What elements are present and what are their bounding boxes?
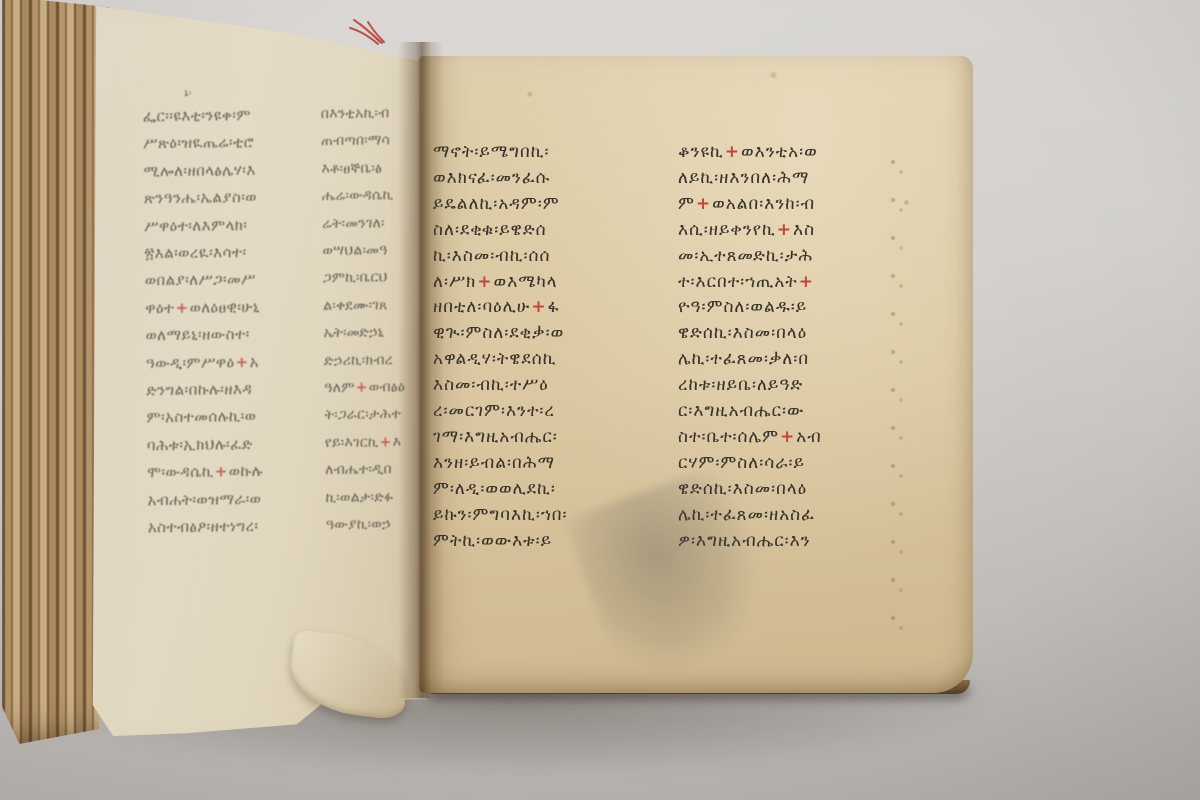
text-line: ባሕቱ፡ኢክህሉ፡ፈድ xyxy=(147,430,323,460)
text-line: አዋልዲሃ፡ትዌደሰኪ xyxy=(433,347,664,373)
text-line: ድንግል፡በኩሉ፡ዘእዳ xyxy=(146,375,322,405)
rubric-cross-icon: + xyxy=(380,434,392,450)
text-line: ም+ወአልበ፡እንከ፡ብ xyxy=(678,192,894,218)
text-line: ል፡ቀደሙ፡ገጸ xyxy=(323,292,423,321)
interlinear-note: ኔ፡ xyxy=(185,89,193,99)
text-line: ወለማይኒ፡ዘውስተ፡ xyxy=(145,320,321,350)
text-line: ለብሔተ፡ዲበ xyxy=(325,456,425,485)
text-line: ኤት፡መድኃኒ xyxy=(323,319,423,348)
text-line: መ፡ኢተጸመድኪ፡ታሕ xyxy=(678,244,894,270)
rubric-cross-icon: + xyxy=(725,142,740,162)
text-line: ኪ፡ወልታ፡ድፉ xyxy=(325,484,425,513)
rubric-cross-icon: + xyxy=(777,220,792,240)
rubric-cross-icon: + xyxy=(175,299,188,317)
text-line: ስተ፡ቤተ፡ሰሌም+አብ xyxy=(678,425,894,451)
right-page-column-1: ማኖት፡ይሜግበኪ፡ወእክናፈ፡መንፈሱይዴልለኪ፡አዳም፡ምስለ፡ደቂቁ፡ይዌ… xyxy=(433,140,664,555)
text-line: ይዴልለኪ፡አዳም፡ም xyxy=(433,192,664,218)
rubric-cross-icon: + xyxy=(215,463,228,481)
manuscript-book: ኔ፡ ፌር፡፡ዩእቲ፡ንዩቀ፡ምሥጽዕ፡ዝዪጤሬ፡ቲሮሚሎለ፡ዘበላፅሌሃ፡እጽ… xyxy=(0,0,1200,800)
left-page: ኔ፡ ፌር፡፡ዩእቲ፡ንዩቀ፡ምሥጽዕ፡ዝዪጤሬ፡ቲሮሚሎለ፡ዘበላፅሌሃ፡እጽ… xyxy=(86,2,426,742)
text-line: በእንቲአኪ፡ብ xyxy=(321,100,421,129)
text-line: ለይኪ፡ዘእንበለ፡ሕማ xyxy=(678,166,894,192)
text-line: ረ፡መርገም፡እንተ፡ረ xyxy=(433,399,664,425)
text-line: ሌኪ፡ተፈጸመ፡ቃለ፡በ xyxy=(678,347,894,373)
pricking-holes xyxy=(889,156,907,642)
text-line: ወሣህል፡መዓ xyxy=(322,237,422,266)
rubric-cross-icon: + xyxy=(780,427,795,447)
text-line: ጋምኪ፡ቤርህ xyxy=(323,264,423,293)
text-line: ፳እል፡ወረዪ፡እሳተ፡ xyxy=(144,238,320,268)
text-line: ተ፡እርበተ፡ኀጢአት+ xyxy=(678,270,894,296)
text-line: ም፡አስተመሰሉኪ፡ወ xyxy=(146,403,322,433)
text-line: የይ፡እገርኪ+እ xyxy=(325,429,425,458)
text-line: ዓውያኪ፡ወኃ xyxy=(326,511,426,540)
text-line: ር፡እግዚአብሔር፡ው xyxy=(678,399,894,425)
text-line: ጽንዓንሔ፡ኤልያስ፡ወ xyxy=(144,183,320,213)
rubric-cross-icon: + xyxy=(531,297,546,317)
text-line: እንዘ፡ይብል፡በሕማ xyxy=(433,451,664,477)
text-line: እሲ፡ዘይቀንየኪ+እስ xyxy=(678,218,894,244)
text-line: ሔሬ፡ውዳሴኪ xyxy=(322,182,422,211)
text-line: ዮዓ፡ምስለ፡ወልዱ፡ይ xyxy=(678,295,894,321)
text-line: ድኃሪኪ፡ክብረ xyxy=(324,347,424,376)
left-page-text-block: ኔ፡ ፌር፡፡ዩእቲ፡ንዩቀ፡ምሥጽዕ፡ዝዪጤሬ፡ቲሮሚሎለ፡ዘበላፅሌሃ፡እጽ… xyxy=(81,0,430,744)
rubric-cross-icon: + xyxy=(356,380,368,396)
text-line: እቶ፡ፀኞቤ፡ፅ xyxy=(321,155,421,184)
left-page-column-2: በእንቲአኪ፡ብጠብጣበ፡ማሳእቶ፡ፀኞቤ፡ፅሔሬ፡ውዳሴኪሬት፡መንገለ፡ወሣ… xyxy=(321,100,426,540)
left-page-column-1: ፌር፡፡ዩእቲ፡ንዩቀ፡ምሥጽዕ፡ዝዪጤሬ፡ቲሮሚሎለ፡ዘበላፅሌሃ፡እጽንዓን… xyxy=(143,101,324,542)
right-page: ማኖት፡ይሜግበኪ፡ወእክናፈ፡መንፈሱይዴልለኪ፡አዳም፡ምስለ፡ደቂቁ፡ይዌ… xyxy=(419,56,973,693)
text-line: ዌድሰኪ፡እስመ፡በላዕ xyxy=(678,321,894,347)
text-line: ዊጒ፡ምስለ፡ደቂቃ፡ወ xyxy=(433,321,664,347)
text-line: ረከቱ፡ዘይቤ፡ለይዓድ xyxy=(678,373,894,399)
text-line: ጠብጣበ፡ማሳ xyxy=(321,127,421,156)
rubric-cross-icon: + xyxy=(477,272,492,292)
rubric-cross-icon: + xyxy=(799,272,814,292)
text-line: ወእክናፈ፡መንፈሱ xyxy=(433,166,664,192)
text-line: ሥዋዕተ፡ለእምላክ፡ xyxy=(144,211,320,241)
text-line: ስለ፡ደቂቁ፡ይዌድሰ xyxy=(433,218,664,244)
bookmark-tassel xyxy=(340,12,396,54)
text-line: ፌር፡፡ዩእቲ፡ንዩቀ፡ም xyxy=(143,101,319,131)
text-line: ወበልያ፡ለሥጋ፡መሥ xyxy=(145,266,321,296)
text-line: ኪ፡እስመ፡ብኪ፡ሰሰ xyxy=(433,244,664,270)
text-line: አስተብፅዖ፡ዘተነግረ፡ xyxy=(148,512,324,542)
text-line: አብሐት፡ወዝማራ፡ወ xyxy=(147,485,323,515)
text-line: ሥጽዕ፡ዝዪጤሬ፡ቲሮ xyxy=(143,129,319,159)
text-line: ዋዕተ+ወለዕፀዊ፡ሁኒ xyxy=(145,293,321,323)
text-line: ገማ፡እግዚአብሔር፡ xyxy=(433,425,664,451)
text-line: ሬት፡መንገለ፡ xyxy=(322,210,422,239)
text-line: እስመ፡ብኪ፡ተሥዕ xyxy=(433,373,664,399)
text-line: ቆንዩኪ+ወእንቲአ፡ወ xyxy=(678,140,894,166)
text-line: ሞ፡ውዳሴኪ+ወኩሉ xyxy=(147,457,323,487)
text-line: ለ፡ሥክ+ወእሜካላ xyxy=(433,270,664,296)
text-line: ዘበቲለ፡ባዕሊሁ+ፋ xyxy=(433,295,664,321)
text-line: ት፡ጋራር፡ታሕተ xyxy=(324,401,424,430)
text-line: ሚሎለ፡ዘበላፅሌሃ፡እ xyxy=(143,156,319,186)
text-line: ዓለም+ወብፅዕ xyxy=(324,374,424,403)
rubric-cross-icon: + xyxy=(235,353,248,371)
text-line: ዓውዲ፡ምሥዋዕ+አ xyxy=(146,348,322,378)
text-line: ማኖት፡ይሜግበኪ፡ xyxy=(433,140,664,166)
rubric-cross-icon: + xyxy=(696,194,711,214)
